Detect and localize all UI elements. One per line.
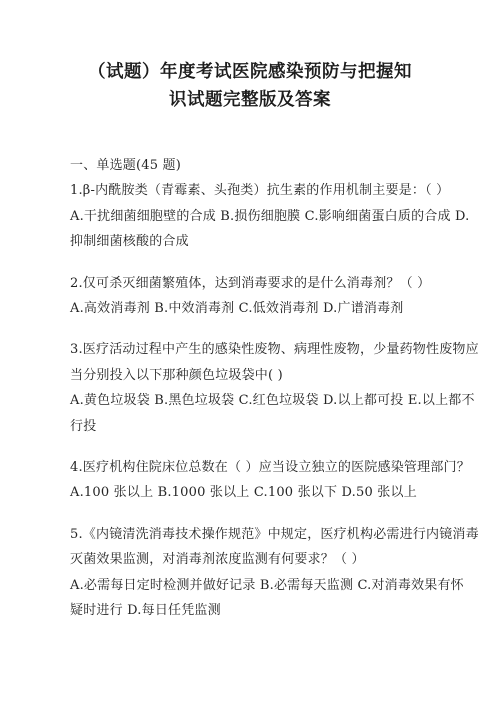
question-1: 1.β-内酰胺类（青霉素、头孢类）抗生素的作用机制主要是：（ ） A.干扰细菌细… — [70, 178, 490, 254]
question-3-options-line-2: 行投 — [70, 414, 490, 439]
question-4-options-line-1: A.100 张以上 B.1000 张以上 C.100 张以下 D.50 张以上 — [70, 480, 490, 505]
question-1-options-line-1: A.干扰细菌细胞壁的合成 B.损伤细胞膜 C.影响细菌蛋白质的合成 D. — [70, 204, 490, 229]
question-1-options-line-2: 抑制细菌核酸的合成 — [70, 229, 490, 254]
document-page: （试题）年度考试医院感染预防与把握知 识试题完整版及答案 一、单选题(45 题)… — [0, 0, 500, 707]
question-5-stem-line-1: 5.《内镜清洗消毒技术操作规范》中规定，医疗机构必需进行内镜消毒 — [70, 522, 490, 547]
question-3-stem-line-2: 当分别投入以下那种颜色垃圾袋中( ) — [70, 363, 490, 388]
question-2: 2.仅可杀灭细菌繁殖体，达到消毒要求的是什么消毒剂？（ ） A.高效消毒剂 B.… — [70, 271, 490, 322]
document-body: 一、单选题(45 题) 1.β-内酰胺类（青霉素、头孢类）抗生素的作用机制主要是… — [0, 153, 500, 624]
question-5-options-line-1: A.必需每日定时检测并做好记录 B.必需每天监测 C.对消毒效果有怀 — [70, 573, 490, 598]
question-4-stem: 4.医疗机构住院床位总数在（ ）应当设立独立的医院感染管理部门？ — [70, 455, 490, 480]
question-4: 4.医疗机构住院床位总数在（ ）应当设立独立的医院感染管理部门？ A.100 张… — [70, 455, 490, 506]
question-2-options-line-1: A.高效消毒剂 B.中效消毒剂 C.低效消毒剂 D.广谱消毒剂 — [70, 296, 490, 321]
question-3-options-line-1: A.黄色垃圾袋 B.黑色垃圾袋 C.红色垃圾袋 D.以上都可投 E.以上都不 — [70, 388, 490, 413]
question-5-options-line-2: 疑时进行 D.每日任凭监测 — [70, 598, 490, 623]
section-header: 一、单选题(45 题) — [70, 153, 490, 178]
question-5-stem-line-2: 灭菌效果监测，对消毒剂浓度监测有何要求？（ ） — [70, 547, 490, 572]
title-line-2: 识试题完整版及答案 — [0, 86, 500, 114]
question-2-stem: 2.仅可杀灭细菌繁殖体，达到消毒要求的是什么消毒剂？（ ） — [70, 271, 490, 296]
question-1-stem: 1.β-内酰胺类（青霉素、头孢类）抗生素的作用机制主要是：（ ） — [70, 178, 490, 203]
question-3-stem-line-1: 3.医疗活动过程中产生的感染性废物、病理性废物，少量药物性废物应 — [70, 337, 490, 362]
document-title: （试题）年度考试医院感染预防与把握知 识试题完整版及答案 — [0, 58, 500, 114]
question-5: 5.《内镜清洗消毒技术操作规范》中规定，医疗机构必需进行内镜消毒 灭菌效果监测，… — [70, 522, 490, 624]
question-3: 3.医疗活动过程中产生的感染性废物、病理性废物，少量药物性废物应 当分别投入以下… — [70, 337, 490, 439]
title-line-1: （试题）年度考试医院感染预防与把握知 — [0, 58, 500, 86]
